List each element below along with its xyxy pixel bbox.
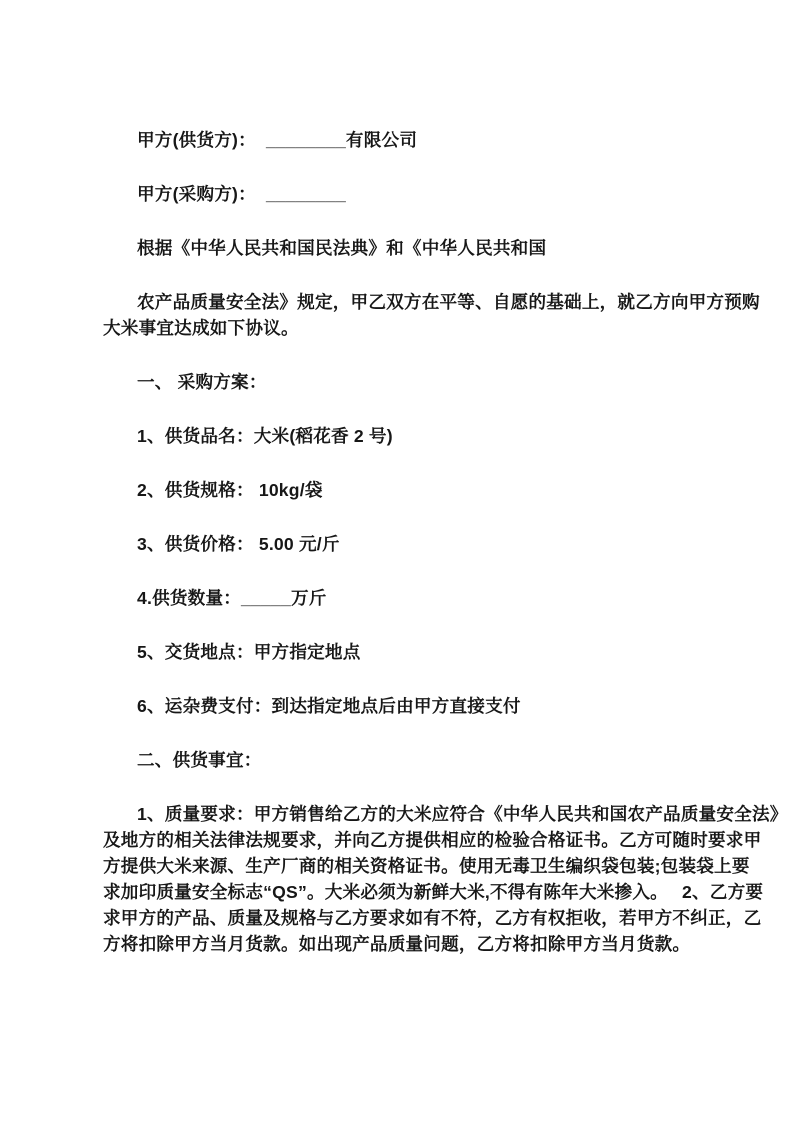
- quality-requirement-line-5: 求甲方的产品、质量及规格与乙方要求如有不符，乙方有权拒收，若甲方不纠正，乙: [103, 905, 793, 931]
- preamble-line-2: 大米事宜达成如下协议。: [103, 315, 793, 341]
- preamble-paragraph: 农产品质量安全法》规定，甲乙双方在平等、自愿的基础上，就乙方向甲方预购 大米事宜…: [103, 289, 793, 341]
- preamble-line-1: 农产品质量安全法》规定，甲乙双方在平等、自愿的基础上，就乙方向甲方预购: [103, 289, 793, 315]
- item-delivery-place-paragraph: 5、交货地点：甲方指定地点: [103, 639, 793, 665]
- party-purchaser-paragraph: 甲方(采购方)： ________: [103, 181, 793, 207]
- item-delivery-place: 5、交货地点：甲方指定地点: [103, 639, 793, 665]
- item-quantity-paragraph: 4.供货数量：_____万斤: [103, 585, 793, 611]
- item-price-paragraph: 3、供货价格： 5.00 元/斤: [103, 531, 793, 557]
- section-two-heading: 二、供货事宜：: [103, 747, 793, 773]
- party-purchaser-line: 甲方(采购方)： ________: [103, 181, 793, 207]
- item-spec-paragraph: 2、供货规格： 10kg/袋: [103, 477, 793, 503]
- section-two-heading-paragraph: 二、供货事宜：: [103, 747, 793, 773]
- section-one-heading-paragraph: 一、 采购方案：: [103, 369, 793, 395]
- legal-basis-paragraph: 根据《中华人民共和国民法典》和《中华人民共和国: [103, 235, 793, 261]
- item-spec: 2、供货规格： 10kg/袋: [103, 477, 793, 503]
- party-supplier-paragraph: 甲方(供货方)： ________有限公司: [103, 127, 793, 153]
- quality-requirement-line-4: 求加印质量安全标志“QS”。大米必须为新鲜大米,不得有陈年大米掺入。 2、乙方要: [103, 879, 793, 905]
- quality-requirement-line-2: 及地方的相关法律法规要求，并向乙方提供相应的检验合格证书。乙方可随时要求甲: [103, 827, 793, 853]
- item-freight-payment-paragraph: 6、运杂费支付：到达指定地点后由甲方直接支付: [103, 693, 793, 719]
- section-one-heading: 一、 采购方案：: [103, 369, 793, 395]
- party-supplier-line: 甲方(供货方)： ________有限公司: [103, 127, 793, 153]
- item-price: 3、供货价格： 5.00 元/斤: [103, 531, 793, 557]
- quality-requirement-line-1: 1、质量要求：甲方销售给乙方的大米应符合《中华人民共和国农产品质量安全法》: [103, 801, 793, 827]
- item-product-name-paragraph: 1、供货品名：大米(稻花香 2 号): [103, 423, 793, 449]
- quality-requirement-line-6: 方将扣除甲方当月货款。如出现产品质量问题，乙方将扣除甲方当月货款。: [103, 931, 793, 957]
- supply-terms-paragraph: 1、质量要求：甲方销售给乙方的大米应符合《中华人民共和国农产品质量安全法》 及地…: [103, 801, 793, 957]
- item-quantity: 4.供货数量：_____万斤: [103, 585, 793, 611]
- legal-basis-line: 根据《中华人民共和国民法典》和《中华人民共和国: [103, 235, 793, 261]
- quality-requirement-line-3: 方提供大米来源、生产厂商的相关资格证书。使用无毒卫生编织袋包装;包装袋上要: [103, 853, 793, 879]
- contract-document-page: 甲方(供货方)： ________有限公司 甲方(采购方)： ________ …: [0, 0, 793, 1122]
- item-freight-payment: 6、运杂费支付：到达指定地点后由甲方直接支付: [103, 693, 793, 719]
- item-product-name: 1、供货品名：大米(稻花香 2 号): [103, 423, 793, 449]
